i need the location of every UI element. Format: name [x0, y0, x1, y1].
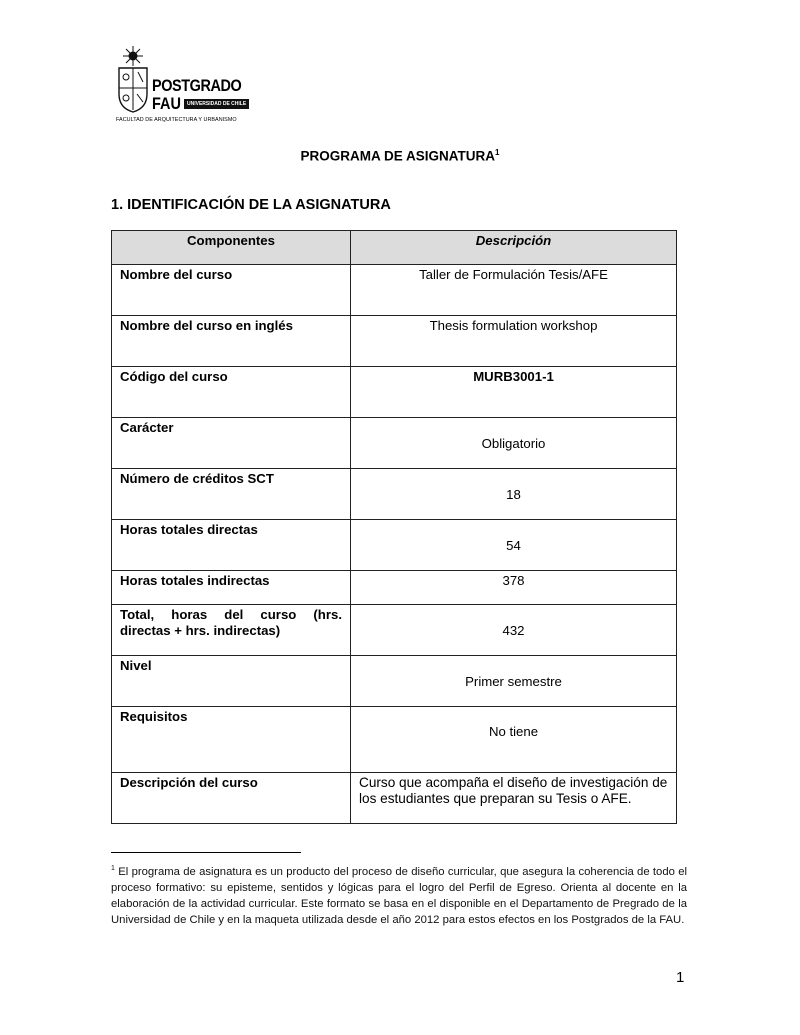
- row-label: Horas totales directas: [112, 520, 351, 571]
- footnote-text: El programa de asignatura es un producto…: [111, 866, 687, 926]
- row-value: Curso que acompaña el diseño de investig…: [351, 773, 677, 824]
- row-label: Nombre del curso en inglés: [112, 316, 351, 367]
- table-row: Total, horas del curso (hrs. directas + …: [112, 605, 677, 656]
- header-description: Descripción: [351, 231, 677, 265]
- row-label: Requisitos: [112, 707, 351, 773]
- footnote: 1 El programa de asignatura es un produc…: [111, 861, 687, 928]
- page-number: 1: [676, 969, 684, 986]
- footnote-mark: 1: [111, 865, 115, 872]
- row-value: Taller de Formulación Tesis/AFE: [351, 265, 677, 316]
- section-heading: 1. IDENTIFICACIÓN DE LA ASIGNATURA: [111, 197, 391, 213]
- table-row: Número de créditos SCT 18: [112, 469, 677, 520]
- table-header-row: Componentes Descripción: [112, 231, 677, 265]
- title-footnote-mark: 1: [495, 148, 499, 157]
- row-value: 54: [351, 520, 677, 571]
- row-label: Carácter: [112, 418, 351, 469]
- logo-university-badge: UNIVERSIDAD DE CHILE: [184, 99, 249, 109]
- table-row: Nombre del curso en inglés Thesis formul…: [112, 316, 677, 367]
- row-label: Nivel: [112, 656, 351, 707]
- postgrado-fau-logo: POSTGRADO FAU UNIVERSIDAD DE CHILE FACUL…: [110, 44, 245, 130]
- row-value: Obligatorio: [351, 418, 677, 469]
- table-row: Horas totales indirectas 378: [112, 571, 677, 605]
- footnote-separator: [111, 852, 301, 853]
- row-value: 378: [351, 571, 677, 605]
- logo-fau-text: FAU: [152, 95, 181, 112]
- row-value: MURB3001-1: [351, 367, 677, 418]
- table-row: Horas totales directas 54: [112, 520, 677, 571]
- logo-faculty-caption: FACULTAD DE ARQUITECTURA Y URBANISMO: [116, 117, 237, 123]
- row-label: Número de créditos SCT: [112, 469, 351, 520]
- row-value: Thesis formulation workshop: [351, 316, 677, 367]
- table-row: Nombre del curso Taller de Formulación T…: [112, 265, 677, 316]
- row-label: Código del curso: [112, 367, 351, 418]
- row-label: Total, horas del curso (hrs. directas + …: [112, 605, 351, 656]
- row-value: Primer semestre: [351, 656, 677, 707]
- table-row: Carácter Obligatorio: [112, 418, 677, 469]
- row-value: 432: [351, 605, 677, 656]
- header-components: Componentes: [112, 231, 351, 265]
- table-row: Requisitos No tiene: [112, 707, 677, 773]
- row-value: 18: [351, 469, 677, 520]
- row-label: Horas totales indirectas: [112, 571, 351, 605]
- university-shield-icon: [116, 44, 150, 114]
- document-title: PROGRAMA DE ASIGNATURA1: [0, 148, 800, 164]
- table-row: Nivel Primer semestre: [112, 656, 677, 707]
- logo-postgrado-text: POSTGRADO: [152, 77, 241, 94]
- course-identification-table: Componentes Descripción Nombre del curso…: [111, 230, 677, 824]
- table-row: Código del curso MURB3001-1: [112, 367, 677, 418]
- row-label: Nombre del curso: [112, 265, 351, 316]
- row-label: Descripción del curso: [112, 773, 351, 824]
- row-value: No tiene: [351, 707, 677, 773]
- table-row: Descripción del curso Curso que acompaña…: [112, 773, 677, 824]
- document-title-text: PROGRAMA DE ASIGNATURA: [301, 149, 496, 164]
